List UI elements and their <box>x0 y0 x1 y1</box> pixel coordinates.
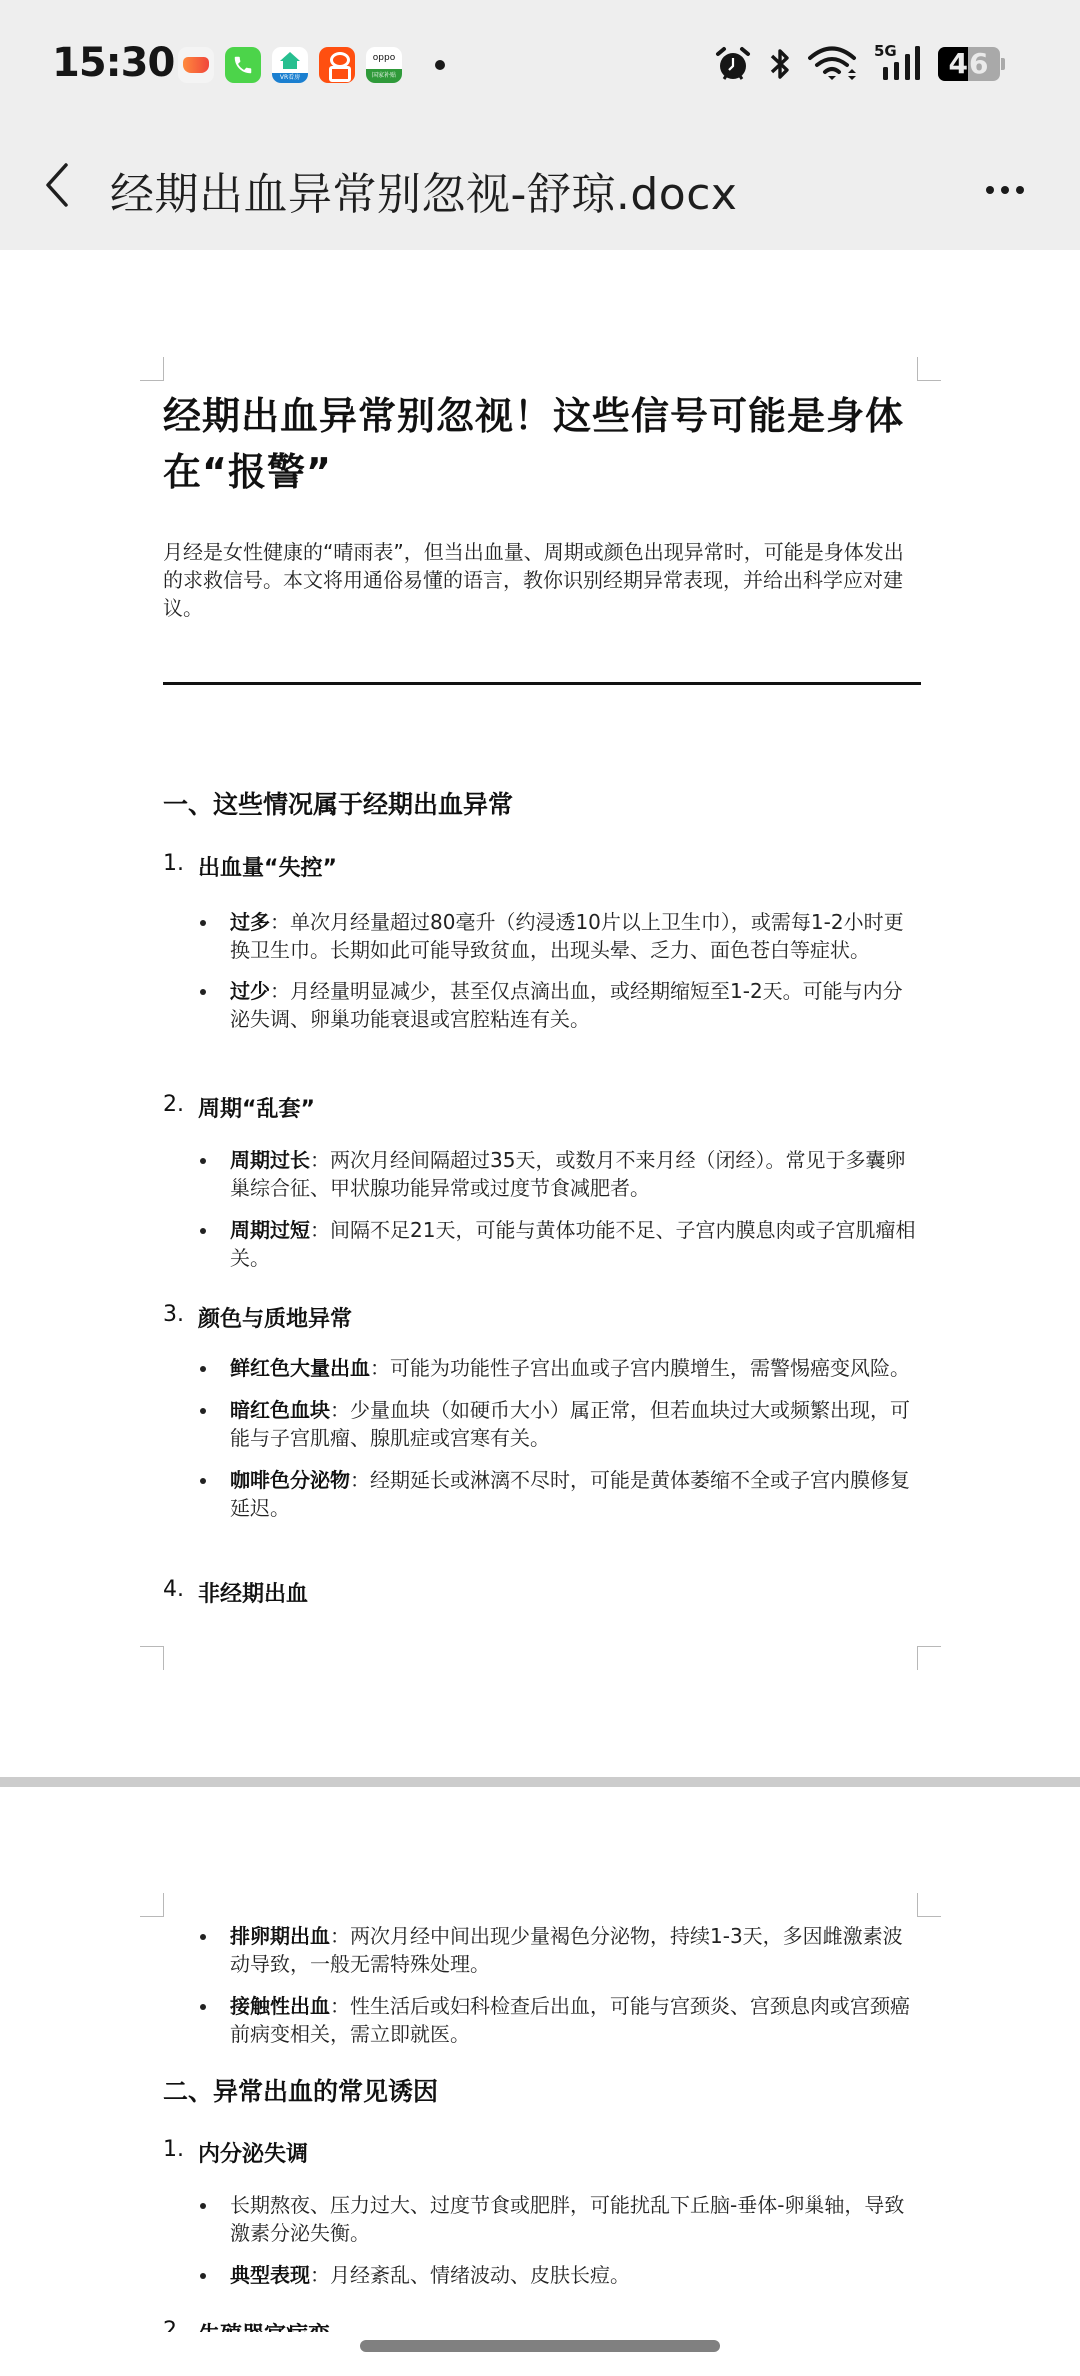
back-button[interactable] <box>32 155 82 215</box>
cellular-signal-icon: 5G <box>874 44 922 84</box>
notification-icons: VR看房 oppo 国家补贴 <box>178 47 445 83</box>
status-bar: 15:30 VR看房 oppo 国家补贴 5G 46 <box>0 0 1080 125</box>
subsection-heading: 2.周期“乱套” <box>163 1092 918 1123</box>
home-indicator[interactable] <box>360 2340 720 2352</box>
page-corner-mark <box>140 357 164 381</box>
battery-icon: 46 <box>938 44 1000 84</box>
horizontal-rule <box>163 682 921 685</box>
subsection-1-2: 2.周期“乱套” <box>163 1092 918 1123</box>
page-corner-mark <box>917 1646 941 1670</box>
list-item: 过少：月经量明显减少，甚至仅点滴出血，或经期缩短至1-2天。可能与内分泌失调、卵… <box>200 977 918 1033</box>
list-item: 接触性出血：性生活后或妇科检查后出血，可能与宫颈炎、宫颈息肉或宫颈癌前病变相关，… <box>200 1992 918 2048</box>
phone-icon <box>225 47 261 83</box>
page-separator <box>0 1777 1080 1787</box>
section-heading: 一、这些情况属于经期出血异常 <box>163 785 918 821</box>
app-header: 经期出血异常别忽视-舒琼.docx <box>0 125 1080 250</box>
subsection-heading: 4.非经期出血 <box>163 1577 918 1608</box>
more-notifications-dot <box>435 60 445 70</box>
section-2: 二、异常出血的常见诱因 <box>163 2072 918 2108</box>
subsection-heading: 3.颜色与质地异常 <box>163 1302 918 1333</box>
subsection-2-2: 2.生殖器官病变 <box>163 2318 918 2332</box>
page-corner-mark <box>917 357 941 381</box>
alarm-icon <box>714 44 752 84</box>
intro-paragraph: 月经是女性健康的“晴雨表”，但当出血量、周期或颜色出现异常时，可能是身体发出的求… <box>163 538 918 622</box>
list-item: 周期过长：两次月经间隔超过35天，或数月不来月经（闭经）。常见于多囊卵巢综合征、… <box>200 1146 918 1202</box>
subsection-heading: 1.内分泌失调 <box>163 2137 918 2168</box>
page-corner-mark <box>917 1893 941 1917</box>
list-item: 周期过短：间隔不足21天，可能与黄体功能不足、子宫内膜息肉或子宫肌瘤相关。 <box>200 1216 918 1272</box>
battery-tip <box>1001 58 1005 70</box>
vr-home-icon: VR看房 <box>272 47 308 83</box>
chevron-left-icon <box>44 162 70 208</box>
list-item: 排卵期出血：两次月经中间出现少量褐色分泌物，持续1-3天，多因雌激素波动导致，一… <box>200 1922 918 1978</box>
subsection-1-4: 4.非经期出血 <box>163 1577 918 1608</box>
game-center-icon <box>178 47 214 83</box>
list-item: 咖啡色分泌物：经期延长或淋漓不尽时，可能是黄体萎缩不全或子宫内膜修复延迟。 <box>200 1466 918 1522</box>
page-corner-mark <box>140 1646 164 1670</box>
status-time: 15:30 <box>52 40 174 86</box>
subsection-2-1: 1.内分泌失调 <box>163 2137 918 2168</box>
document-title: 经期出血异常别忽视！这些信号可能是身体在“报警” <box>163 388 918 500</box>
list-item: 过多：单次月经量超过80毫升（约浸透10片以上卫生巾），或需每1-2小时更换卫生… <box>200 908 918 964</box>
document-viewer[interactable]: 经期出血异常别忽视！这些信号可能是身体在“报警” 月经是女性健康的“晴雨表”，但… <box>0 250 1080 2376</box>
bullet-list: 长期熬夜、压力过大、过度节食或肥胖，可能扰乱下丘脑-垂体-卵巢轴，导致激素分泌失… <box>163 2191 918 2289</box>
more-icon-dot <box>986 186 994 194</box>
more-options-button[interactable] <box>970 165 1040 215</box>
bullet-list: 排卵期出血：两次月经中间出现少量褐色分泌物，持续1-3天，多因雌激素波动导致，一… <box>163 1922 918 2048</box>
subsection-heading: 2.生殖器官病变 <box>163 2318 918 2332</box>
bluetooth-icon <box>768 44 792 84</box>
list-item: 长期熬夜、压力过大、过度节食或肥胖，可能扰乱下丘脑-垂体-卵巢轴，导致激素分泌失… <box>200 2191 918 2247</box>
subsection-1-1: 1.出血量“失控” <box>163 851 918 882</box>
kuaishou-icon <box>319 47 355 83</box>
list-item: 鲜红色大量出血：可能为功能性子宫出血或子宫内膜增生，需警惕癌变风险。 <box>200 1354 918 1382</box>
system-icons: 5G 46 <box>714 44 1005 84</box>
subsection-heading: 1.出血量“失控” <box>163 851 918 882</box>
bullet-list: 鲜红色大量出血：可能为功能性子宫出血或子宫内膜增生，需警惕癌变风险。 暗红色血块… <box>163 1354 918 1522</box>
more-icon-dot <box>1001 186 1009 194</box>
page-1-content: 经期出血异常别忽视！这些信号可能是身体在“报警” 月经是女性健康的“晴雨表”，但… <box>163 388 918 685</box>
more-icon-dot <box>1016 186 1024 194</box>
section-heading: 二、异常出血的常见诱因 <box>163 2072 918 2108</box>
page-corner-mark <box>140 1893 164 1917</box>
bullet-list: 过多：单次月经量超过80毫升（约浸透10片以上卫生巾），或需每1-2小时更换卫生… <box>163 908 918 1033</box>
subsection-1-3: 3.颜色与质地异常 <box>163 1302 918 1333</box>
list-item: 典型表现：月经紊乱、情绪波动、皮肤长痘。 <box>200 2261 918 2289</box>
list-item: 暗红色血块：少量血块（如硬币大小）属正常，但若血块过大或频繁出现，可能与子宫肌瘤… <box>200 1396 918 1452</box>
bullet-list: 周期过长：两次月经间隔超过35天，或数月不来月经（闭经）。常见于多囊卵巢综合征、… <box>163 1146 918 1272</box>
oppo-subsidy-icon: oppo 国家补贴 <box>366 47 402 83</box>
wifi-icon <box>808 44 858 84</box>
section-1: 一、这些情况属于经期出血异常 <box>163 785 918 821</box>
document-filename: 经期出血异常别忽视-舒琼.docx <box>110 158 737 222</box>
